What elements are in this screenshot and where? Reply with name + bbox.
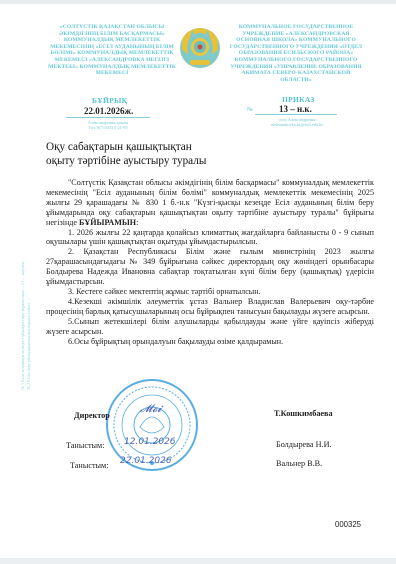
handwritten-date-2: 22.01.2026 [120,456,172,466]
document-title: Оқу сабақтарын қашықтықтан оқыту тәртібі… [46,140,206,168]
item-5: 5.Сынып жетекшілері білім алушыларды қаб… [46,317,374,337]
acknowledged-label-2: Таныстым: [70,461,108,470]
date-underline [66,117,150,118]
order-verb: БҰЙЫРАМЫН [79,218,136,227]
handwritten-date-1: 12.01.2026 [124,437,176,447]
intro-paragraph: "Солтүстік Қазақстан облысы әкімдігінің … [46,178,374,228]
side-note-line1: № 1 Бала қоңырауы кезіндегі ұйымдастыру … [20,250,26,390]
item-4: 4.Кезекші әкімшілік әлеуметтік ұстаз Вал… [46,297,374,317]
item-6: 6.Осы бұйрықтың орындалуын бақылауды өзі… [46,337,374,347]
title-line2: оқыту тәртібіне ауыстыру туралы [46,154,206,168]
intro-colon: : [136,218,138,227]
side-note-line2: № 2 Білім беру ұйымдарының жоспарына сәй… [26,250,32,390]
place-right: село Александровка aleksandrovka.kz@esil… [255,117,339,127]
director-name: Т.Кошкимбаева [274,409,333,418]
header-org-kazakh: «Солтүстік Қазақстан облысы әкімдігінің … [44,24,180,77]
acknowledged-name-2: Вальнер В.В. [276,459,322,468]
bottom-border [0,558,396,564]
document-code: 000325 [335,520,361,529]
side-margin-note: № 1 Бала қоңырауы кезіндегі ұйымдастыру … [20,250,31,390]
state-emblem-icon [176,24,224,72]
director-signature: 𝓜𝓸𝓲 [140,402,161,416]
top-border [0,0,396,4]
order-label-kazakh: БҰЙРЫҚ [92,96,127,105]
order-number: 13 – н.к. [279,104,312,114]
place-right-line2: aleksandrovka.kz@esil.edu.kz [255,122,339,127]
acknowledged-label-1: Таныстым: [66,441,104,450]
document-body: "Солтүстік Қазақстан облысы әкімдігінің … [46,178,374,346]
header-org-russian: Коммунальное государственное учреждение … [228,24,364,83]
title-line1: Оқу сабақтарын қашықтықтан [46,140,206,154]
acknowledged-name-1: Болдырева Н.И. [276,440,332,449]
place-left: Александровка ауылы Тел: 8(71543) 5-21-9… [68,120,148,130]
director-label: Директор [74,411,110,420]
item-1: 1. 2026 жылғы 22 қаңтарда қолайсыз клима… [46,228,374,248]
place-left-line2: Тел: 8(71543) 5-21-95 [68,125,148,130]
number-underline [255,114,337,115]
order-label-russian: ПРИКАЗ [282,95,315,104]
item-3: 3. Кестеге сәйкес мектептің жұмыс тәртіб… [46,287,374,297]
number-sign: № [247,107,253,113]
order-date: 22.01.2026ж. [84,106,133,116]
item-2: 2. Қазақстан Республикасы Білім және ғыл… [46,247,374,287]
